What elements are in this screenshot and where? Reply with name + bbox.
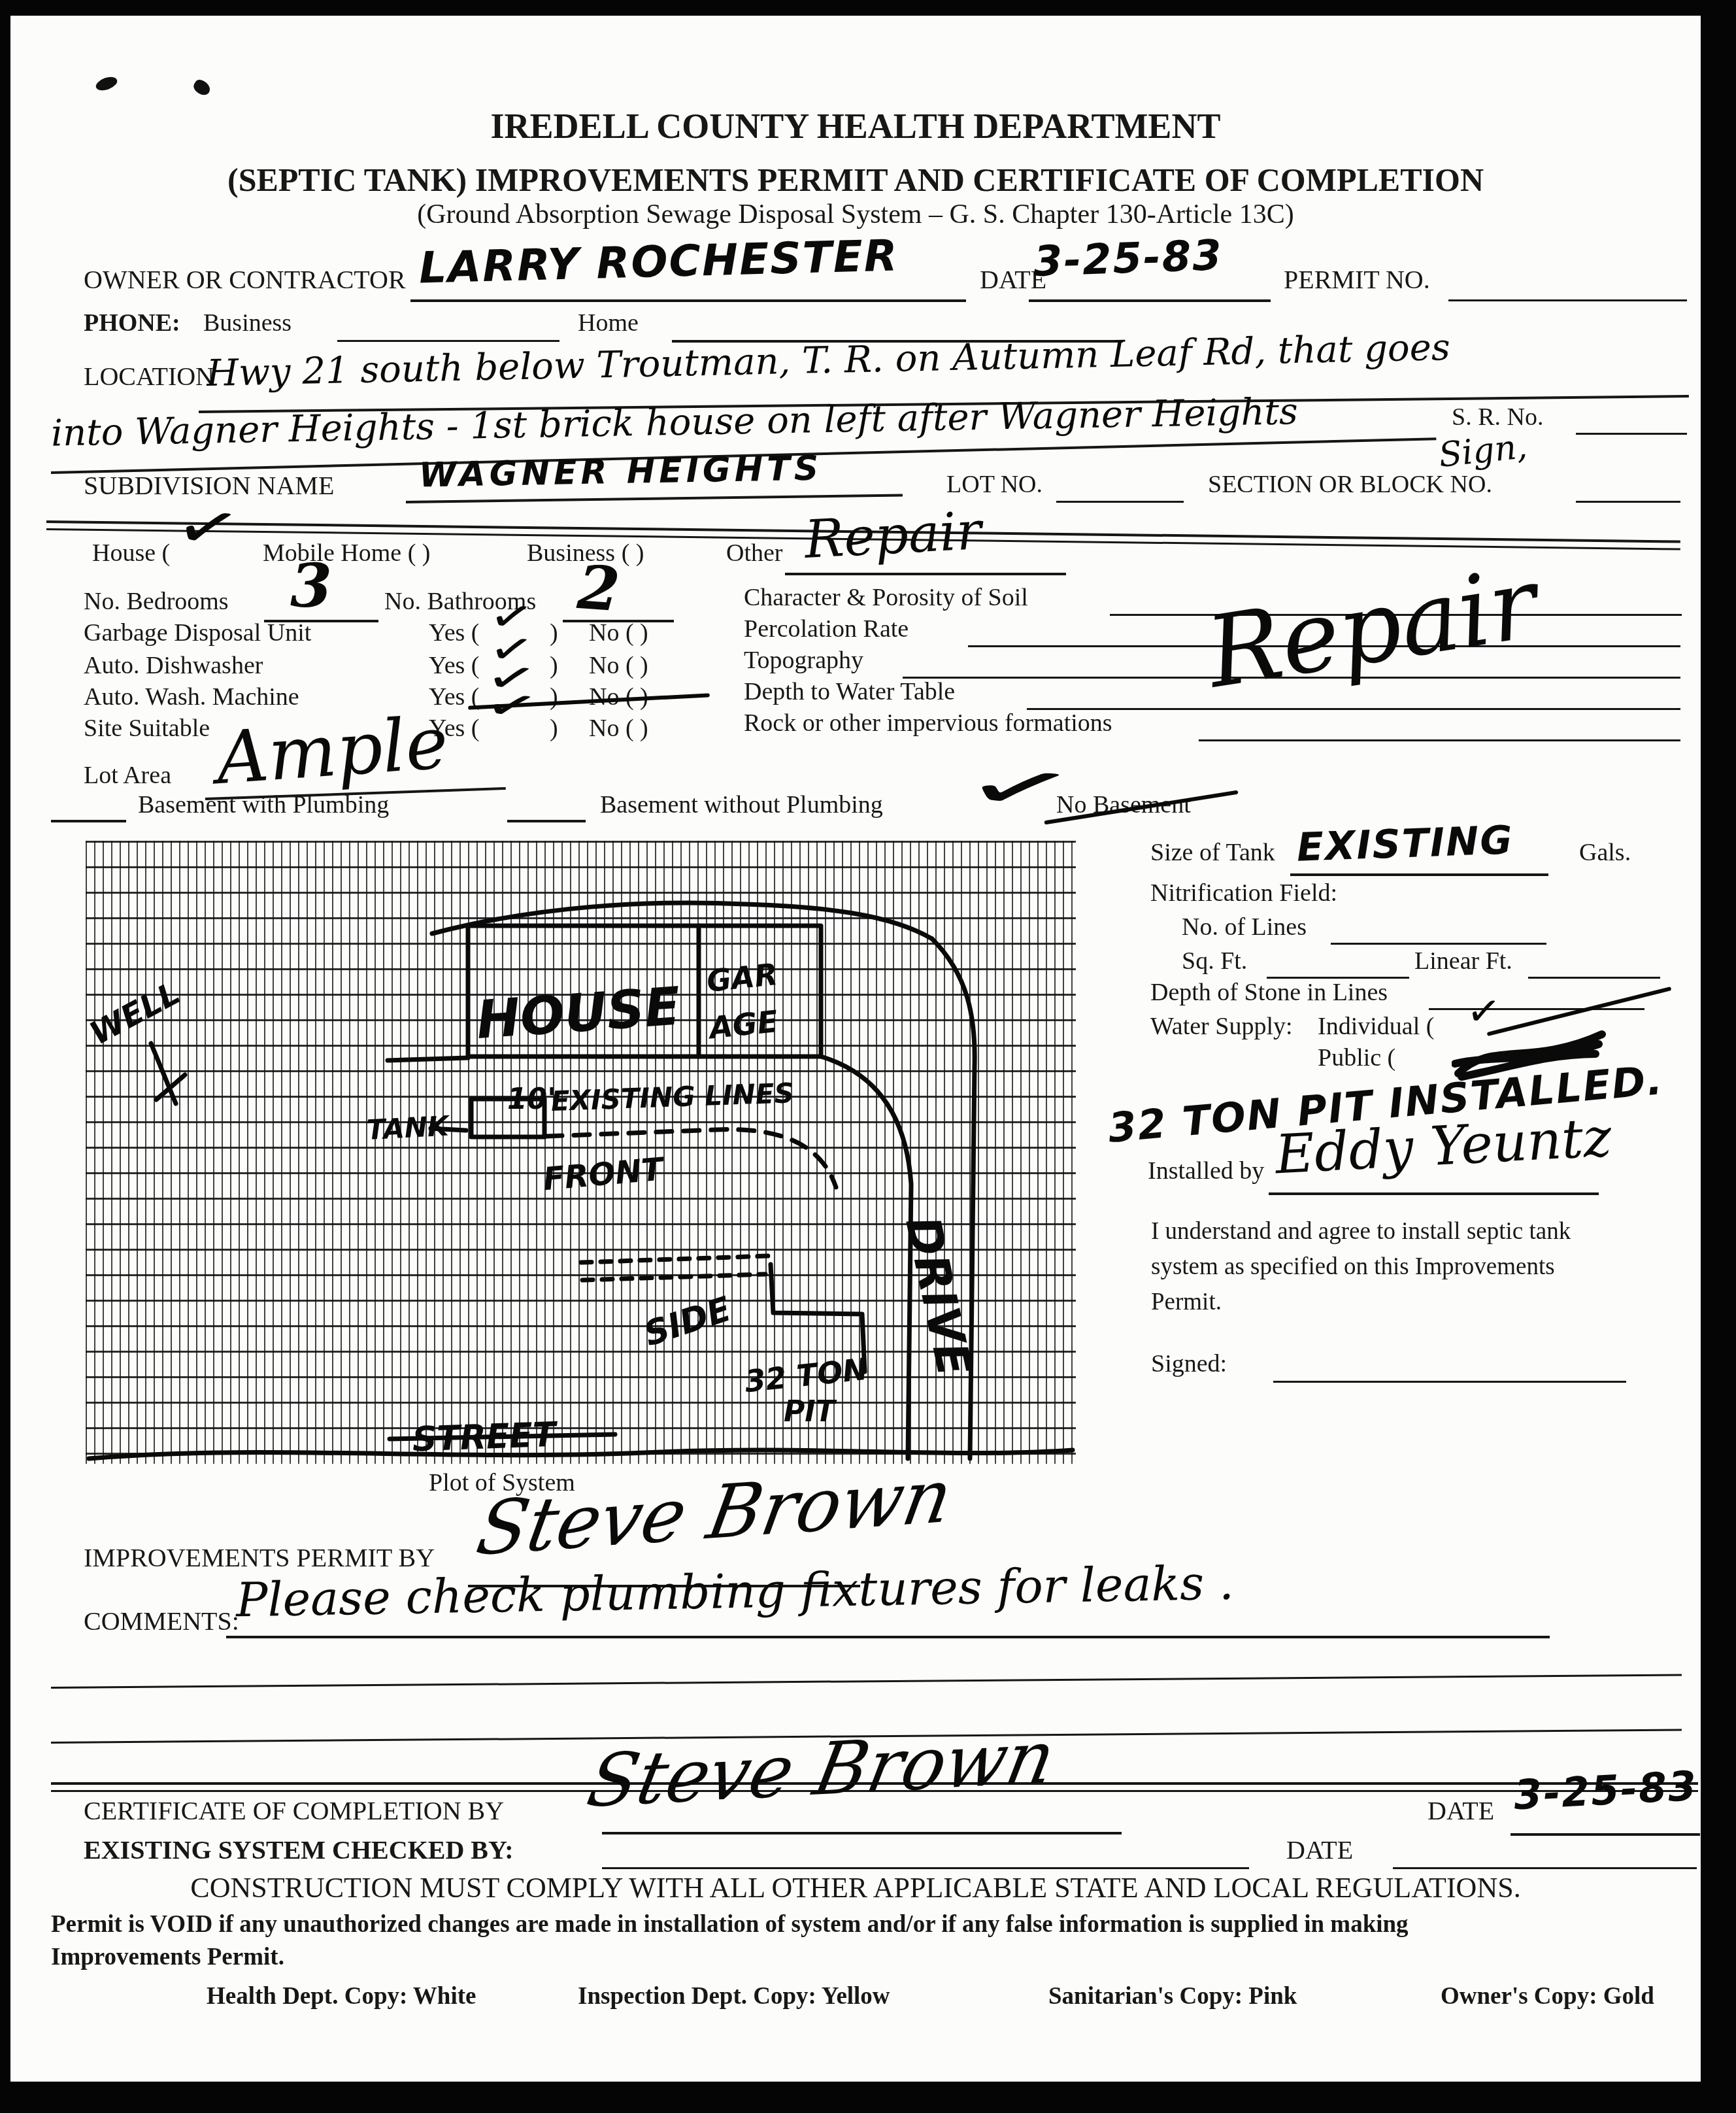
blank-line [1331,943,1546,945]
void-statement-line2: Improvements Permit. [51,1943,284,1971]
side-dashes-2 [582,1274,765,1280]
existing-system-label: EXISTING SYSTEM CHECKED BY: [84,1834,514,1865]
tank-size-value-handwriting: EXISTING [1296,817,1514,871]
date-value-handwriting: 3-25-83 [1033,231,1224,286]
no-label: No ( ) [589,651,648,680]
front-label: FRONT [542,1151,667,1198]
underline [1511,1833,1700,1836]
section-block-label: SECTION OR BLOCK NO. [1208,470,1492,499]
copy-note-owner: Owner's Copy: Gold [1441,1982,1654,2010]
installed-by-label: Installed by [1148,1157,1264,1185]
owner-value-handwriting: LARRY ROCHESTER [418,230,899,293]
sr-no-label: S. R. No. [1452,403,1543,431]
blank-line [1528,977,1660,979]
drive-outer-edge [932,939,975,1459]
bathrooms-value-handwriting: 2 [575,552,622,625]
soil-row-label: Topography [744,646,863,675]
basement-with-label: Basement with Plumbing [138,790,389,819]
paper-sheet: IREDELL COUNTY HEALTH DEPARTMENT (SEPTIC… [10,16,1701,2082]
pit-label-line2: PIT [784,1395,837,1428]
house-label: HOUSE [475,975,682,1051]
individual-checkmark: ✓ [1465,989,1503,1033]
bedrooms-label: No. Bedrooms [84,587,229,616]
nitrification-label: Nitrification Field: [1150,879,1337,907]
ink-speck [192,78,213,97]
comments-label: COMMENTS: [84,1606,239,1636]
certificate-signature: Steve Brown [581,1715,1062,1824]
lot-no-label: LOT NO. [946,470,1043,499]
water-supply-label: Water Supply: [1150,1012,1293,1041]
sqft-label: Sq. Ft. [1182,947,1247,975]
sign-note-handwriting: Sign, [1437,427,1529,475]
paren-close: ) [550,618,558,647]
agreement-text-line2: system as specified on this Improvements [1151,1253,1555,1281]
blank-line [1448,299,1687,301]
paren-close: ) [550,714,558,743]
bedrooms-value-handwriting: 3 [290,550,332,621]
paren-close: ) [550,651,558,680]
plot-drawing: WELL HOUSE GAR AGE DRIVE 10' TANK EXISTI… [86,841,1076,1464]
repair-overlay-handwriting: Repair [1200,546,1545,710]
scanned-permit-document: IREDELL COUNTY HEALTH DEPARTMENT (SEPTIC… [0,0,1736,2113]
copy-note-sanitarian: Sanitarian's Copy: Pink [1048,1982,1297,2010]
blank-line [1027,708,1680,710]
yes-label: Yes ( [429,651,479,680]
no-label: No ( ) [589,714,648,743]
depth-of-stone-label: Depth of Stone in Lines [1150,978,1388,1007]
blank-line [51,1674,1682,1689]
lot-area-value-handwriting: Ample [214,701,451,800]
no-label: No ( ) [589,618,648,647]
checklist-row-label: Auto. Dishwasher [84,651,263,680]
signed-label: Signed: [1151,1349,1227,1378]
yes-checkmark: ✓ [480,681,543,732]
blank-line [1576,501,1680,503]
blank-line [1199,739,1680,741]
copy-note-inspection: Inspection Dept. Copy: Yellow [578,1982,890,2010]
improvements-permit-by-label: IMPROVEMENTS PERMIT BY [84,1542,435,1573]
size-of-tank-label: Size of Tank [1150,838,1275,867]
void-statement-line1: Permit is VOID if any unauthorized chang… [51,1910,1409,1938]
basement-none-label: No Basement [1056,790,1191,819]
underline [410,299,966,302]
blank-line [602,1867,1249,1869]
soil-row-label: Depth to Water Table [744,677,955,706]
form-subtitle: (Ground Absorption Sewage Disposal Syste… [10,199,1701,230]
underline [602,1832,1122,1834]
well-label: WELL [86,975,186,1052]
underline [785,573,1066,575]
blank-line [1056,501,1184,503]
underline [226,1636,1550,1638]
no-of-lines-label: No. of Lines [1182,913,1307,941]
garage-label-line2: AGE [706,1004,780,1046]
blank-line [1576,433,1687,435]
blank-line [51,820,126,822]
soil-row-label: Character & Porosity of Soil [744,583,1028,612]
plot-grid-paper: WELL HOUSE GAR AGE DRIVE 10' TANK EXISTI… [86,841,1076,1464]
lot-outline-top [432,903,932,939]
individual-label: Individual ( [1318,1012,1434,1041]
garage-label-line1: GAR [705,956,780,999]
form-title: (SEPTIC TANK) IMPROVEMENTS PERMIT AND CE… [10,161,1701,199]
location-label: LOCATION [84,361,214,392]
permit-no-label: PERMIT NO. [1284,264,1430,295]
blank-line [507,820,586,822]
soil-row-label: Percolation Rate [744,615,909,643]
underline [1029,299,1271,302]
phone-home-label: Home [578,309,639,337]
ink-speck [94,75,119,93]
checklist-row-label: Site Suitable [84,714,210,743]
checklist-row-label: Auto. Wash. Machine [84,683,299,711]
blank-line [1393,1867,1697,1869]
house-checkmark: ✓ [169,490,246,566]
other-value-handwriting: Repair [803,500,983,570]
soil-row-label: Rock or other impervious formations [744,709,1112,737]
subdivision-value-handwriting: WAGNER HEIGHTS [419,449,823,496]
house-bottom-extension [388,1058,468,1060]
basement-without-label: Basement without Plumbing [600,790,883,819]
underline [406,494,903,503]
certificate-date-handwriting: 3-25-83 [1512,1762,1699,1819]
blank-line [337,340,559,342]
lot-area-label: Lot Area [84,761,171,790]
compliance-statement: CONSTRUCTION MUST COMPLY WITH ALL OTHER … [10,1871,1701,1904]
gals-label: Gals. [1579,838,1631,867]
certificate-label: CERTIFICATE OF COMPLETION BY [84,1795,504,1826]
blank-line [1429,1008,1644,1010]
checklist-row-label: Garbage Disposal Unit [84,618,311,647]
owner-label: OWNER OR CONTRACTOR [84,264,406,295]
underline [1269,1192,1599,1195]
department-title: IREDELL COUNTY HEALTH DEPARTMENT [10,106,1701,146]
tank-arrow [431,1128,466,1130]
other-label: Other [726,539,783,567]
yes-label: Yes ( [429,618,479,647]
pit-label-line1: 32 TON [743,1351,870,1399]
agreement-text-line3: Permit. [1151,1288,1222,1316]
house-label: House ( [92,539,170,567]
phone-business-label: Business [203,309,292,337]
mobile-home-label: Mobile Home ( ) [263,539,430,567]
public-label: Public ( [1318,1043,1395,1072]
underline [1290,873,1548,876]
existing-date-label: DATE [1286,1834,1353,1865]
certificate-date-label: DATE [1427,1795,1494,1826]
copy-note-health: Health Dept. Copy: White [207,1982,476,2010]
blank-line [1273,1381,1626,1383]
paren-close: ) [550,683,558,711]
location-line1-handwriting: Hwy 21 south below Troutman, T. R. on Au… [207,326,1451,395]
agreement-text-line1: I understand and agree to install septic… [1151,1217,1571,1245]
phone-label: PHONE: [84,309,180,337]
side-dashes-1 [581,1256,769,1262]
linear-ft-label: Linear Ft. [1414,947,1512,975]
existing-lines-label: EXISTING LINES [550,1077,794,1117]
side-label: SIDE [639,1290,735,1355]
well-arrow [151,1043,185,1104]
